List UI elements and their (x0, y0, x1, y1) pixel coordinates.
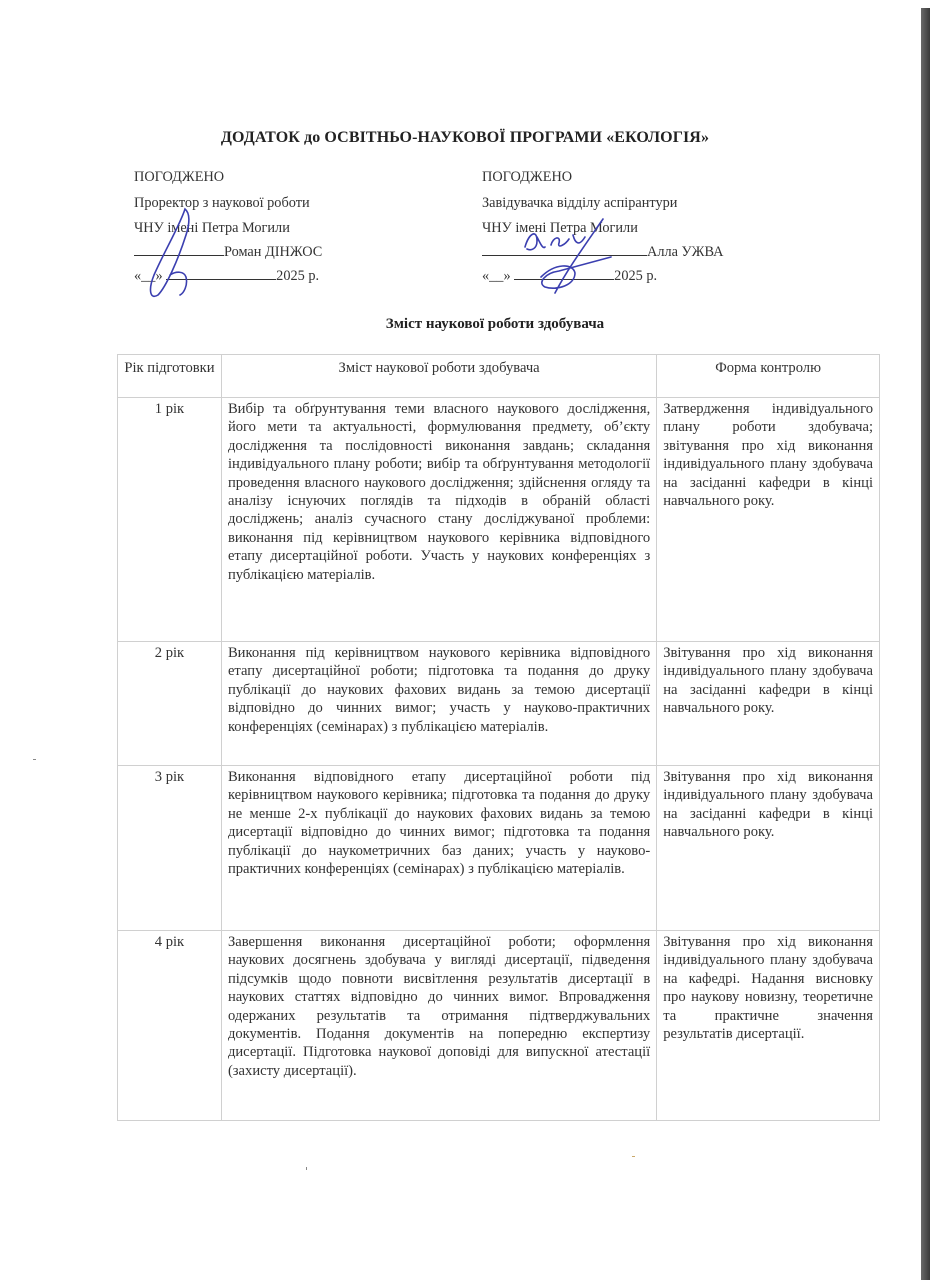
date-day-blank: «__» (134, 268, 163, 284)
approval-name: Алла УЖВА (647, 244, 723, 260)
row-year: 2 рік (118, 642, 222, 766)
approval-heading: ПОГОДЖЕНО (482, 168, 812, 192)
row-control: Затвердження індивідуального плану робот… (657, 398, 880, 642)
row-control: Звітування про хід виконання індивідуаль… (657, 642, 880, 766)
row-year: 3 рік (118, 766, 222, 931)
scan-speck (33, 759, 36, 760)
date-month-blank (166, 265, 276, 280)
approval-institution: ЧНУ імені Петра Могили (482, 216, 812, 240)
row-year: 1 рік (118, 398, 222, 642)
row-content: Виконання відповідного етапу дисертаційн… (221, 766, 656, 931)
date-day-blank: «__» (482, 268, 511, 284)
row-year: 4 рік (118, 931, 222, 1121)
signature-blank (482, 241, 647, 256)
date-month-blank (514, 265, 614, 280)
approval-signature-line: Роман ДІНЖОС (134, 240, 464, 264)
research-plan-table: Рік підготовки Зміст наукової роботи здо… (117, 354, 880, 1121)
approval-date-line: «__» 2025 р. (482, 264, 812, 288)
approval-name: Роман ДІНЖОС (224, 244, 322, 260)
row-control: Звітування про хід виконання індивідуаль… (657, 931, 880, 1121)
approval-position: Завідувачка відділу аспірантури (482, 192, 812, 216)
row-content: Вибір та обґрунтування теми власного нау… (221, 398, 656, 642)
document-title: ДОДАТОК до ОСВІТНЬО-НАУКОВОЇ ПРОГРАМИ «Е… (0, 129, 930, 147)
table-header-row: Рік підготовки Зміст наукової роботи здо… (118, 355, 880, 398)
table-row: 3 рік Виконання відповідного етапу дисер… (118, 766, 880, 931)
table-row: 1 рік Вибір та обґрунтування теми власно… (118, 398, 880, 642)
row-content: Завершення виконання дисертаційної робот… (221, 931, 656, 1121)
scan-speck (632, 1156, 635, 1157)
approval-year: 2025 р. (614, 268, 657, 284)
scan-speck (306, 1167, 307, 1170)
signature-blank (134, 241, 224, 256)
approval-heading: ПОГОДЖЕНО (134, 168, 464, 192)
row-content: Виконання під керівництвом наукового кер… (221, 642, 656, 766)
approval-year: 2025 р. (276, 268, 319, 284)
header-year: Рік підготовки (118, 355, 222, 398)
approval-position: Проректор з наукової роботи (134, 192, 464, 216)
approval-signature-line: Алла УЖВА (482, 240, 812, 264)
table-row: 4 рік Завершення виконання дисертаційної… (118, 931, 880, 1121)
table-row: 2 рік Виконання під керівництвом науково… (118, 642, 880, 766)
approval-date-line: «__» 2025 р. (134, 264, 464, 288)
scan-edge-shadow (921, 8, 930, 1280)
row-control: Звітування про хід виконання індивідуаль… (657, 766, 880, 931)
header-content: Зміст наукової роботи здобувача (221, 355, 656, 398)
header-control: Форма контролю (657, 355, 880, 398)
approval-block-vice-rector: ПОГОДЖЕНО Проректор з наукової роботи ЧН… (134, 168, 464, 288)
approval-block-postgrad-head: ПОГОДЖЕНО Завідувачка відділу аспірантур… (482, 168, 812, 288)
approval-institution: ЧНУ імені Петра Могили (134, 216, 464, 240)
section-title: Зміст наукової роботи здобувача (0, 316, 930, 333)
